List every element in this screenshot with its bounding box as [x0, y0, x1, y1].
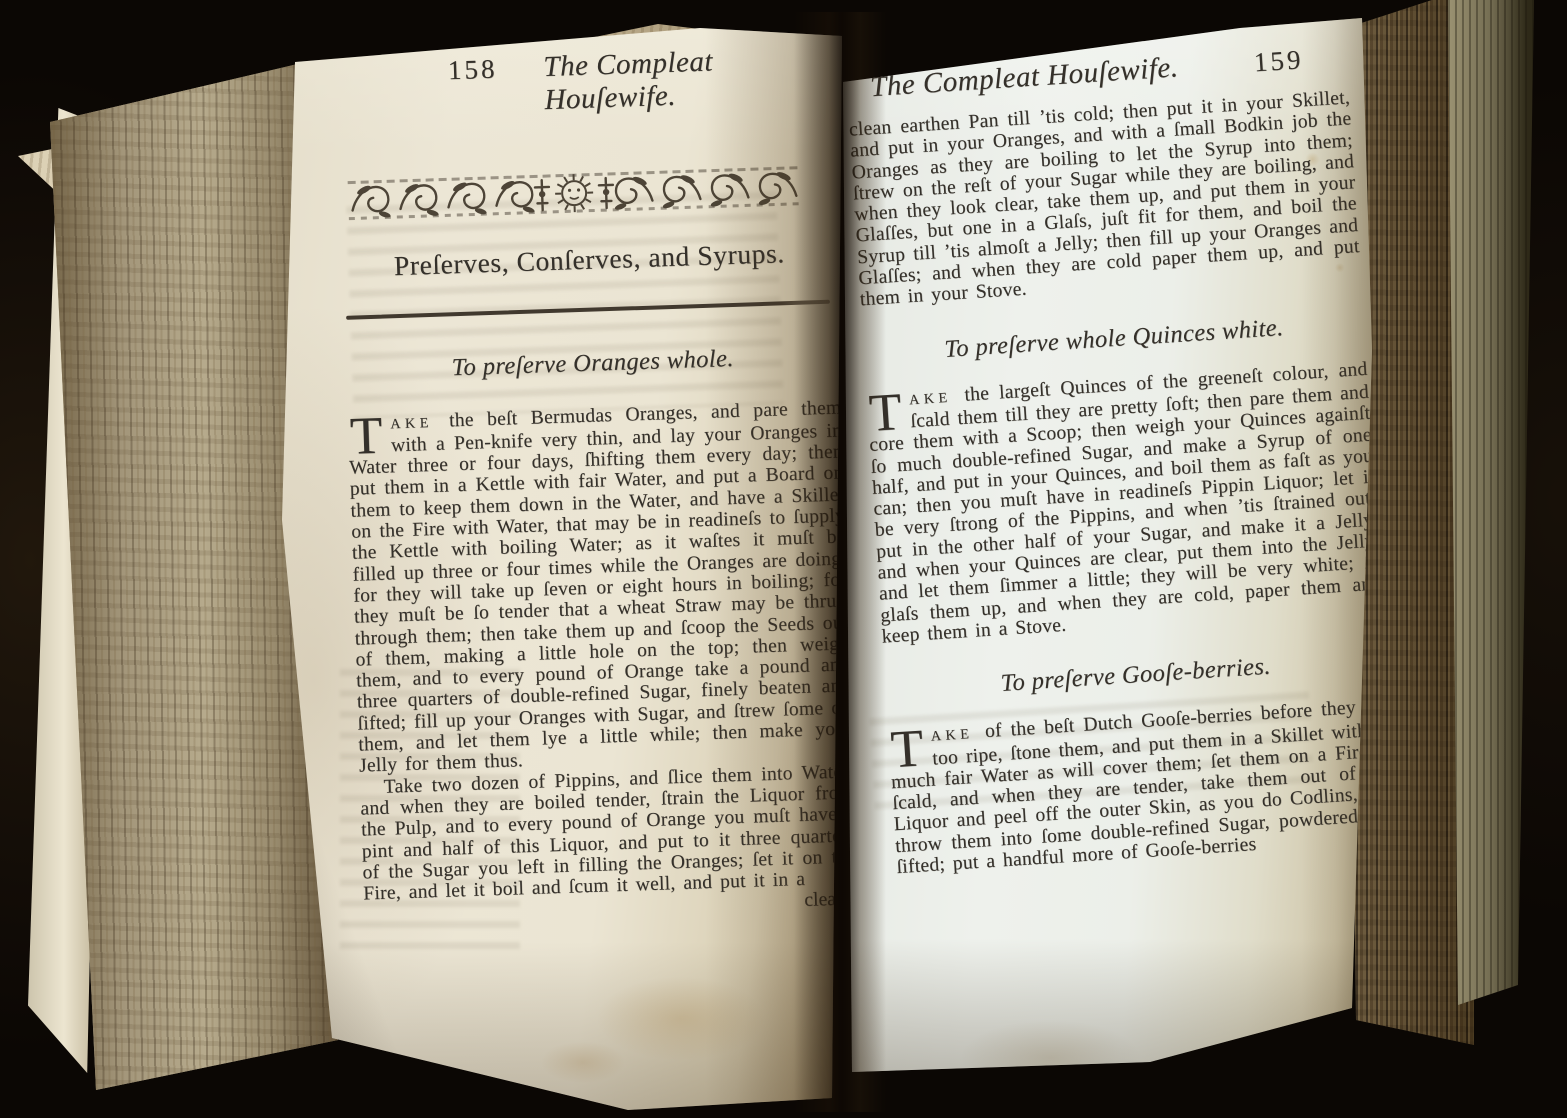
recipe-heading-gooseberries: To preſerve Gooſe-berries. [884, 645, 1387, 705]
headpiece-ornament [344, 163, 805, 224]
divider-rule [346, 300, 830, 320]
dropcap-letter: T [888, 725, 933, 772]
section-title: Preſerves, Conſerves, and Syrups. [342, 236, 837, 284]
paragraph-oranges-continued: clean earthen Pan till ’tis cold; then p… [848, 87, 1361, 311]
paragraph-jelly: Take two dozen of Pippins, and ſlice the… [359, 761, 857, 905]
dropcap-letter: T [866, 388, 911, 435]
headpiece-ornament-image [344, 163, 805, 224]
back-cover-edge [1448, 0, 1534, 1020]
smallcaps-ake: AKE [390, 415, 433, 432]
left-page: 158 The Compleat Houſewife. [240, 22, 852, 1117]
right-page: The Compleat Houſewife. 159 clean earthe… [832, 8, 1378, 1090]
left-page-content: 158 The Compleat Houſewife. [335, 26, 858, 927]
recipe-heading-oranges: To preſerve Oranges whole. [345, 341, 840, 385]
left-page-header: 158 The Compleat Houſewife. [447, 42, 831, 121]
dropcap-letter: T [347, 412, 391, 457]
right-page-number: 159 [1253, 44, 1304, 78]
right-page-content: The Compleat Houſewife. 159 clean earthe… [845, 40, 1399, 900]
paragraph-preserve-quinces: TAKE the largeſt Quinces of the greeneſt… [866, 358, 1384, 647]
sun-face-icon [555, 174, 594, 213]
paragraph-preserve-oranges: TAKE the beſt Bermudas Oranges, and pare… [347, 397, 853, 777]
recipe-heading-quinces: To preſerve whole Quinces white. [863, 309, 1366, 369]
smallcaps-ake: AKE [909, 389, 952, 408]
paragraph-text: the beſt Bermudas Oranges, and pare them… [349, 397, 853, 777]
smallcaps-ake: AKE [930, 726, 973, 745]
left-running-title: The Compleat Houſewife. [543, 42, 832, 117]
photograph-of-open-book: 158 The Compleat Houſewife. [0, 0, 1567, 1118]
right-running-title: The Compleat Houſewife. [869, 51, 1179, 104]
left-page-number: 158 [448, 54, 499, 87]
